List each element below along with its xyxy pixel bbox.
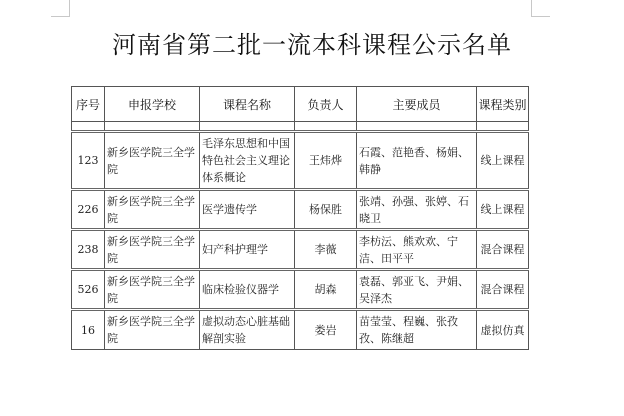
cell-school: 新乡医学院三全学院 (105, 190, 200, 230)
cell-category: 线上课程 (477, 190, 529, 230)
page-corner-mark-left (51, 0, 70, 17)
cell-category: 混合课程 (477, 270, 529, 310)
cell-school: 新乡医学院三全学院 (105, 270, 200, 310)
cell-index: 16 (72, 310, 105, 350)
header-stub (357, 122, 477, 131)
column-header-members: 主要成员 (357, 87, 477, 122)
course-table: 123 新乡医学院三全学院 毛泽东思想和中国特色社会主义理论体系概论 王炜烨 石… (71, 130, 529, 350)
cell-lead: 胡森 (295, 270, 357, 310)
header-table: 序号 申报学校 课程名称 负责人 主要成员 课程类别 (71, 86, 529, 130)
column-header-lead: 负责人 (295, 87, 357, 122)
cell-course: 医学遗传学 (200, 190, 295, 230)
cell-course: 毛泽东思想和中国特色社会主义理论体系概论 (200, 132, 295, 190)
header-stub (72, 122, 105, 131)
cell-members: 石霞、范艳香、杨娟、韩静 (357, 132, 477, 190)
cell-lead: 娄岩 (295, 310, 357, 350)
cell-members: 苗莹莹、程巍、张孜孜、陈继超 (357, 310, 477, 350)
document-title: 河南省第二批一流本科课程公示名单 (0, 25, 624, 60)
table-row: 526 新乡医学院三全学院 临床检验仪器学 胡森 袁磊、郭亚飞、尹娟、吴泽杰 混… (72, 270, 529, 310)
cell-index: 226 (72, 190, 105, 230)
cell-members: 袁磊、郭亚飞、尹娟、吴泽杰 (357, 270, 477, 310)
cell-lead: 李薇 (295, 230, 357, 270)
table-row: 238 新乡医学院三全学院 妇产科护理学 李薇 李枋沄、熊欢欢、宁洁、田平平 混… (72, 230, 529, 270)
cell-category: 线上课程 (477, 132, 529, 190)
cell-index: 123 (72, 132, 105, 190)
table-row: 123 新乡医学院三全学院 毛泽东思想和中国特色社会主义理论体系概论 王炜烨 石… (72, 132, 529, 190)
cell-school: 新乡医学院三全学院 (105, 310, 200, 350)
header-stub (105, 122, 200, 131)
cell-course: 临床检验仪器学 (200, 270, 295, 310)
cell-course: 虚拟动态心脏基础解剖实验 (200, 310, 295, 350)
cell-members: 李枋沄、熊欢欢、宁洁、田平平 (357, 230, 477, 270)
cell-course: 妇产科护理学 (200, 230, 295, 270)
header-stub (295, 122, 357, 131)
cell-school: 新乡医学院三全学院 (105, 230, 200, 270)
column-header-index: 序号 (72, 87, 105, 122)
cell-category: 虚拟仿真 (477, 310, 529, 350)
cell-lead: 杨保胜 (295, 190, 357, 230)
cell-lead: 王炜烨 (295, 132, 357, 190)
table-row: 16 新乡医学院三全学院 虚拟动态心脏基础解剖实验 娄岩 苗莹莹、程巍、张孜孜、… (72, 310, 529, 350)
header-stub (477, 122, 529, 131)
cell-members: 张靖、孙强、张婷、石晓卫 (357, 190, 477, 230)
column-header-course: 课程名称 (200, 87, 295, 122)
page-corner-mark-right (531, 0, 550, 17)
table-row: 226 新乡医学院三全学院 医学遗传学 杨保胜 张靖、孙强、张婷、石晓卫 线上课… (72, 190, 529, 230)
cell-index: 526 (72, 270, 105, 310)
column-header-category: 课程类别 (477, 87, 529, 122)
cell-school: 新乡医学院三全学院 (105, 132, 200, 190)
header-stub (200, 122, 295, 131)
cell-category: 混合课程 (477, 230, 529, 270)
cell-index: 238 (72, 230, 105, 270)
column-header-school: 申报学校 (105, 87, 200, 122)
